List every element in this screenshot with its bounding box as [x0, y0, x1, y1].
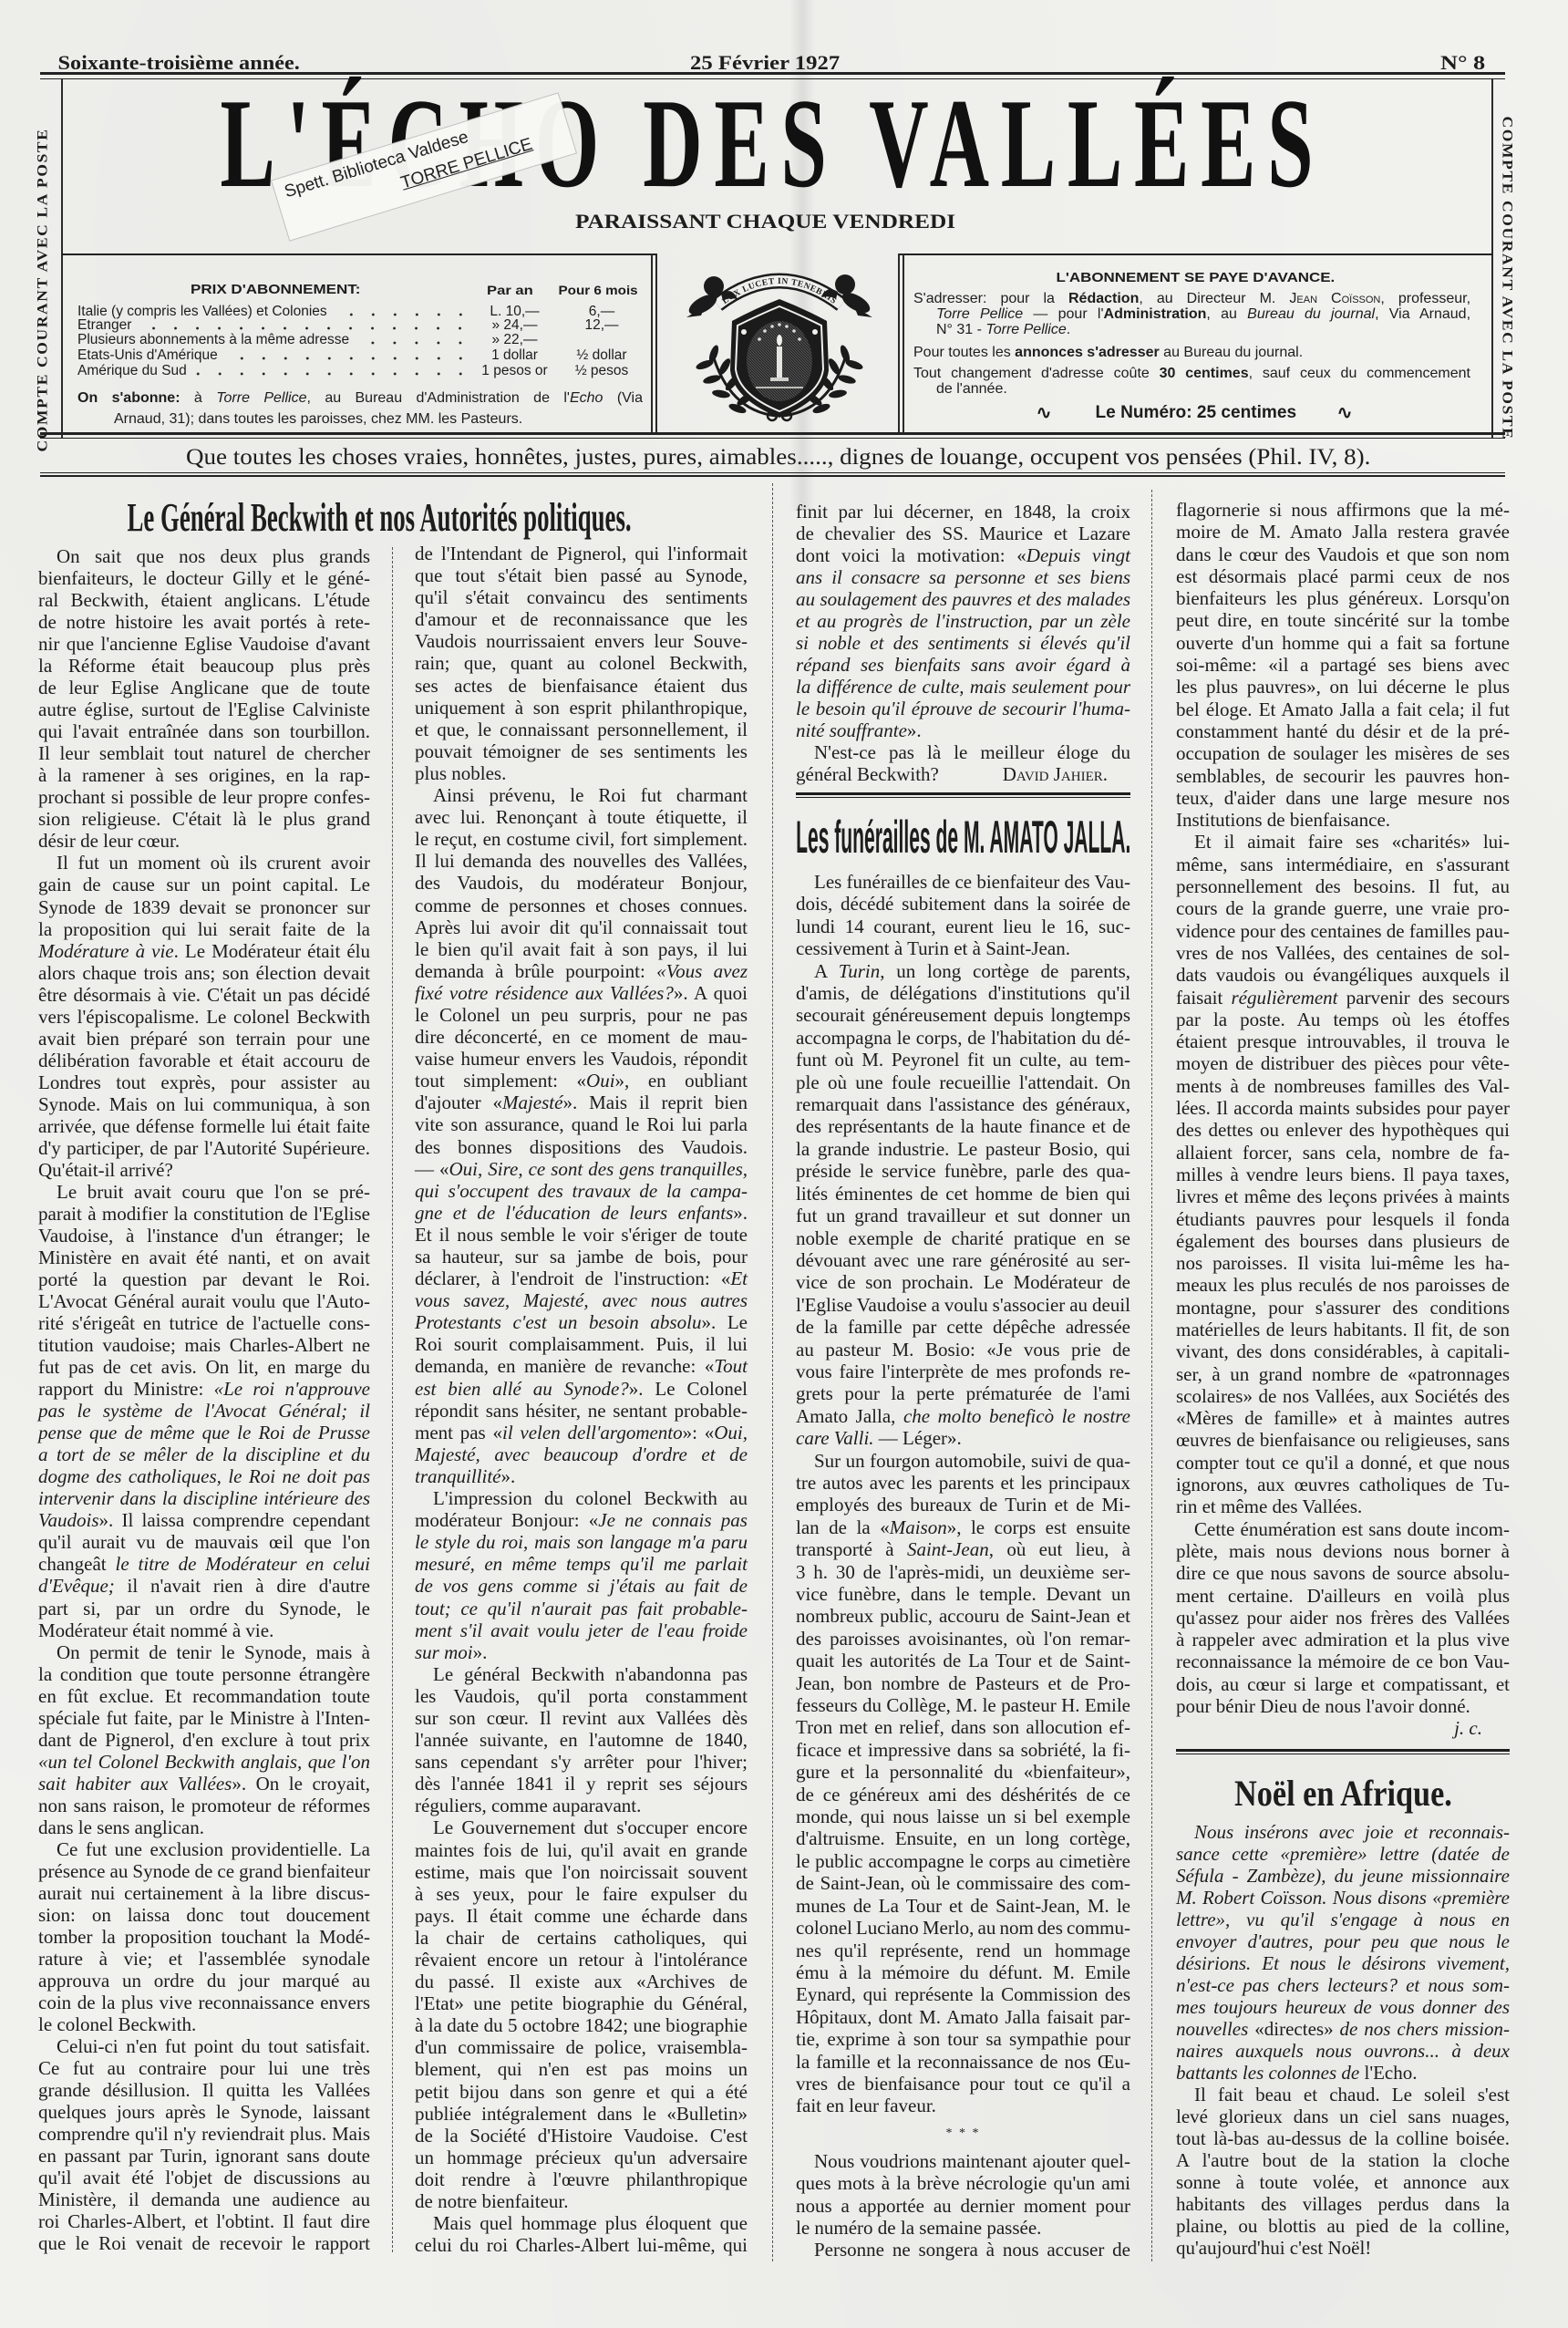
text-run: demanda, en manière de revanche: «: [415, 1355, 714, 1377]
text-line: en fût exclue. Et recommandation toute: [38, 1685, 370, 1707]
text-run: , sauf ceux du commencement: [1249, 366, 1470, 381]
text-run: rapport du Ministre:: [38, 1378, 214, 1400]
dot-leader: [225, 347, 471, 364]
text-line: allaient forcer, sans cela, nombre de fa…: [1176, 1142, 1510, 1164]
text-line: Jean, bon nombre de Pasteurs et de Pro-: [796, 1672, 1130, 1694]
text-line: rêvaient encore un retour à l'intoléranc…: [415, 1949, 748, 1971]
text-line: autre église, surtout de l'Eglise Calvin…: [38, 698, 370, 720]
text-line: désir de leur cœur.: [38, 830, 370, 852]
text-run: Pour toutes les: [913, 345, 1015, 360]
text-line: envoyer d'autres, pour peu que nous le: [1176, 1930, 1510, 1952]
text-line: S'adresser: pour la Rédaction, au Direct…: [913, 291, 1470, 306]
text-run: »: «: [683, 1422, 715, 1443]
column-header-year: Par an: [487, 281, 533, 299]
text-line: qu'il aurait vu de mauvais œil que l'on: [38, 1531, 370, 1553]
text-line: vous faire l'interprète de mes profonds …: [796, 1361, 1130, 1382]
text-line: intervenir dans la discipline intérieure…: [38, 1487, 370, 1509]
text-line: la famille et la reconnaissance de nos Œ…: [796, 2051, 1130, 2073]
text-line: de notre histoire les avait portés à ret…: [38, 611, 370, 633]
issue-date: 25 Février 1927: [690, 52, 840, 74]
year-label: Soixante-troisième année.: [58, 52, 300, 74]
text-line: Il fut un moment où ils crurent avoir: [38, 852, 370, 874]
text-run: il velen dell'argomento: [502, 1422, 683, 1443]
text-line: gure et la personnalité du «bienfaiteur»…: [796, 1761, 1130, 1783]
text-run: ».: [501, 1465, 516, 1487]
text-line: ple où une foule recueillie l'attendait.…: [796, 1071, 1130, 1093]
text-line: l'Etat» une petite biographie du Général…: [415, 1992, 748, 2014]
text-run: , professeur,: [1380, 291, 1470, 306]
text-line: sans cependant s'y arrêter pour l'hiver;: [415, 1751, 748, 1773]
text-line: celui du roi Charles-Albert lui-même, qu…: [415, 2234, 748, 2256]
text-line: Le bruit avait couru que l'on se pré-: [38, 1181, 370, 1203]
subscription-instructions: On s'abonne: à Torre Pellice, au Bureau …: [77, 388, 643, 429]
text-line: rature à vie; et l'assemblée synodale: [38, 1948, 370, 1970]
text-run: — «: [415, 1158, 449, 1180]
text-line: accompagna le corps, de l'habitation du …: [796, 1027, 1130, 1049]
text-line: présence au Synode de ce grand bienfaite…: [38, 1860, 370, 1882]
text-run: , où eut lieu, à: [989, 1538, 1130, 1560]
text-line: changeât le titre de Modérateur en celui: [38, 1553, 370, 1575]
text-line: colonel Luciano Merlo, au nom des commu-: [796, 1917, 1130, 1939]
text-line: Majesté, avec beaucoup d'ordre et de: [415, 1443, 748, 1465]
text-run: Torre Pellice: [216, 390, 306, 406]
text-line: Ce fut une exclusion providentielle. La: [38, 1838, 370, 1860]
text-run: vous savez, Majesté, avec nous autres: [415, 1289, 748, 1311]
text-line: par la poste. Au temps où les étoffes: [1176, 1009, 1510, 1030]
text-line: dans le cœur des Vaudois et que son nom: [1176, 543, 1510, 565]
text-line: — «Oui, Sire, ce sont des gens tranquill…: [415, 1158, 748, 1180]
text-line: nous a apportée au dernier moment pour: [796, 2195, 1130, 2217]
text-line: personnellement des besoins. Il fut, au: [1176, 875, 1510, 897]
text-run: le style du roi, mais son langage m'a pa…: [415, 1531, 748, 1553]
paragraph: Nous insérons avec joie et reconnais-san…: [1176, 1821, 1510, 2084]
text-line: roi Charles-Albert, et l'obtint. Il faut…: [38, 2210, 370, 2232]
text-run: ans il consacre sa personne et ses biens: [796, 566, 1130, 588]
dot-leader: [356, 332, 471, 348]
text-line: constamment hanté du désir et de la pré-: [1176, 720, 1510, 742]
text-line: qu'aujourd'hui c'est Noël!: [1176, 2237, 1510, 2259]
text-line: au soulagement des pauvres et des malade…: [796, 588, 1130, 610]
notice-box-border: [898, 253, 900, 434]
text-run: nouvelles: [1176, 2018, 1254, 2040]
text-line: «Mères de famille» et à maintes autres: [1176, 1407, 1510, 1429]
text-line: ral Beckwith, étaient anglicans. L'étude: [38, 589, 370, 611]
text-run: .: [1067, 322, 1070, 337]
year-label-text: Soixante-troisième année.: [58, 52, 300, 74]
text-line: teux, d'aider dans une large mesure nos: [1176, 787, 1510, 809]
text-line: sur son cœur. Il revint aux Vallées dès: [415, 1707, 748, 1729]
text-line: Il leur semblait tout naturel de cherche…: [38, 742, 370, 764]
text-run: Rédaction: [1068, 291, 1139, 306]
text-line: même, sans intermédiaire, en s'assurant: [1176, 854, 1510, 875]
text-line: aurait nui certainement à la libre discu…: [38, 1882, 370, 1904]
text-line: de ce généreux ami des déshérités de ce: [796, 1784, 1130, 1805]
text-line: plaine, ou blottis au pied de la colline…: [1176, 2215, 1510, 2237]
text-run: fixé votre résidence aux Vallées?: [415, 982, 674, 1004]
paragraph: de l'Intendant de Pignerol, qui l'inform…: [415, 543, 748, 784]
text-line: Tron met en relief, dans son allocution …: [796, 1716, 1130, 1738]
epigraph-rule: [40, 472, 1505, 473]
paragraph: On permit de tenir le Synode, mais àla c…: [38, 1641, 370, 1838]
text-line: comme de personnes et choses connues.: [415, 895, 748, 916]
text-line: Et il nous semble le voir s'ériger de to…: [415, 1224, 748, 1246]
epigraph-rule: [40, 475, 1505, 477]
text-line: n'est-ce pas chers lecteurs? et nous som…: [1176, 1974, 1510, 1996]
text-line: cessivement à Turin et à Saint-Jean.: [796, 937, 1130, 959]
text-line: a tort de se mêler de la discipline et d…: [38, 1443, 370, 1465]
text-line: noble exemple de charité pratique en se: [796, 1227, 1130, 1249]
text-run: Je ne connais pas: [598, 1509, 748, 1531]
text-line: délibération favorable et était accouru …: [38, 1050, 370, 1071]
text-run: dogme des catholiques, le Roi ne doit pa…: [38, 1465, 370, 1487]
text-line: Nous voudrions maintenant ajouter quel-: [796, 2150, 1130, 2172]
text-run: 30 centimes: [1160, 366, 1249, 381]
text-line: bienfaiteurs les plus généreux. Lorsqu'o…: [1176, 587, 1510, 609]
text-line: la proposition qui lui serait faite de l…: [38, 918, 370, 940]
text-line: et au progrès de l'instruction, par un z…: [796, 610, 1130, 632]
text-line: livres et même des leçons privées à main…: [1176, 1185, 1510, 1207]
text-line: flagornerie si nous affirmons que la mé-: [1176, 499, 1510, 521]
text-line: à la ramener à ses origines, en la rap-: [38, 764, 370, 786]
text-line: réguliers, comme auparavant.: [415, 1795, 748, 1816]
text-line: la chair de certains catholiques, qui: [415, 1927, 748, 1949]
text-line: fait en leur faveur.: [796, 2095, 1130, 2116]
epigraph: Que toutes les choses vraies, honnêtes, …: [186, 446, 1370, 470]
text-run: pas le système de l'Avocat Général; il: [38, 1400, 370, 1422]
text-line: A Turin, un long cortège de parents,: [796, 960, 1130, 982]
text-line: dois, décédé subitement dans la soirée d…: [796, 893, 1130, 915]
text-line: tout simplement: «Oui», en oubliant: [415, 1070, 748, 1092]
text-run: . Le Modérateur était élu: [174, 940, 370, 962]
text-run: ». Mais il reprit bien: [562, 1092, 748, 1113]
text-line: en passant par Turin, ignorant sans dout…: [38, 2145, 370, 2167]
text-line: Cette énumération est sans doute incom-: [1176, 1518, 1510, 1540]
paragraph: Cette énumération est sans doute incom-p…: [1176, 1518, 1510, 1718]
text-run: a tort de se mêler de la discipline et d…: [38, 1443, 370, 1465]
column-header-six-months-text: Pour 6 mois: [559, 281, 638, 299]
text-line: être désormais à vie. C'était un pas déc…: [38, 984, 370, 1006]
text-line: Sur un fourgon automobile, suivi de qua-: [796, 1450, 1130, 1472]
column-header-six-months: Pour 6 mois: [559, 281, 638, 299]
text-line: à la date du 5 octobre 1842; une biograp…: [415, 2014, 748, 2036]
section-divider: [1176, 1749, 1510, 1754]
text-line: vite son assurance, quand le Roi lui par…: [415, 1113, 748, 1135]
text-line: doit rendre à l'œuvre philanthropique: [415, 2168, 748, 2190]
text-run: Turin: [839, 960, 881, 982]
text-line: Protestants c'est un besoin absolu». Le: [415, 1311, 748, 1333]
section-break-asterisks: * * *: [796, 2117, 1130, 2150]
text-run: d'ajouter «: [415, 1092, 502, 1113]
column-4: flagornerie si nous affirmons que la mé-…: [1176, 499, 1510, 2259]
text-line: blement, qui n'en est pas moins un: [415, 2058, 748, 2080]
paragraph: Nous voudrions maintenant ajouter quel-q…: [796, 2150, 1130, 2240]
text-run: Bureau du journal: [1247, 306, 1375, 322]
text-line: nombreux public, accouru de Saint-Jean e…: [796, 1605, 1130, 1627]
text-line: Vaudoise, à l'instance d'un étranger; le: [38, 1225, 370, 1247]
text-run: faisait: [1176, 987, 1232, 1009]
text-run: annonces s'adresser: [1015, 345, 1160, 360]
text-run: sur moi: [415, 1641, 473, 1663]
paragraph: Pour toutes les annonces s'adresser au B…: [913, 345, 1470, 360]
column-2: de l'Intendant de Pignerol, qui l'inform…: [415, 543, 748, 2256]
paragraph: Ce fut une exclusion providentielle. Lap…: [38, 1838, 370, 2035]
text-line: L'impression du colonel Beckwith au: [415, 1487, 748, 1509]
text-line: Tout changement d'adresse coûte 30 centi…: [913, 366, 1470, 381]
text-line: Personne ne songera à nous accuser de: [796, 2239, 1130, 2261]
text-line: lettre», vu qu'il s'engage à nous en: [1176, 1909, 1510, 1930]
text-line: tout là-bas au-dessus de la colline bois…: [1176, 2127, 1510, 2149]
paragraph: S'adresser: pour la Rédaction, au Direct…: [913, 291, 1470, 337]
text-line: sonne à toute volée, et annonce aux: [1176, 2171, 1510, 2193]
dot-leader: [194, 363, 471, 379]
text-line: battants les colonnes de l'Echo.: [1176, 2062, 1510, 2084]
text-run: Et: [730, 1267, 748, 1289]
paragraph: L'impression du colonel Beckwith aumodér…: [415, 1487, 748, 1663]
text-line: ser, à un grand nombre de «patronnages: [1176, 1363, 1510, 1385]
text-line: un hommage précieux qu'un adversaire: [415, 2147, 748, 2168]
text-line: Synode. Mais on lui communiqua, à son: [38, 1093, 370, 1115]
header-rule: [40, 432, 1505, 435]
text-line: faisait régulièrement parvenir des secou…: [1176, 987, 1510, 1009]
text-line: secourait généreusement depuis longtemps: [796, 1004, 1130, 1026]
text-run: général Beckwith?: [796, 763, 939, 785]
price-per-year: 1 pesos or: [476, 363, 553, 379]
text-run: nité souffrante: [796, 719, 907, 741]
text-line: de l'année.: [913, 381, 1470, 397]
text-line: tomber la proposition touchant la Modé-: [38, 1926, 370, 1948]
text-line: fesseurs du Collège, M. le pasteur H. Em…: [796, 1694, 1130, 1716]
price-row: Amérique du Sud 1 pesos or ½ pesos: [77, 363, 652, 379]
text-line: estime, mais que l'on noircissait souven…: [415, 1861, 748, 1883]
text-run: Majesté, avec beaucoup d'ordre et de: [415, 1443, 748, 1465]
text-line: habitants des villages perdus dans la: [1176, 2193, 1510, 2215]
text-run: Modérature à vie: [38, 940, 174, 962]
text-line: coin de la plus vive reconnaissance enve…: [38, 1992, 370, 2013]
text-line: On s'abonne: à Torre Pellice, au Bureau …: [77, 388, 643, 409]
text-line: gain de cause sur un point capital. Le: [38, 874, 370, 895]
text-line: œuvres de bienfaisance ou religieuses, s…: [1176, 1429, 1510, 1451]
text-line: vice funèbre, dans le temple. Devant un: [796, 1583, 1130, 1605]
side-text-left-label: COMPTE COURANT AVEC LA POSTE: [34, 128, 54, 451]
text-line: nité souffrante».: [796, 719, 1130, 741]
text-line: Modérateur était nommé à vie.: [38, 1619, 370, 1641]
wave-ornament-icon: ∿: [1033, 403, 1055, 423]
text-line: peut dire, en toute sincérité sur la tom…: [1176, 609, 1510, 631]
issue-date-text: 25 Février 1927: [690, 52, 840, 74]
text-line: comprendre qu'il n'y reviendrait plus. M…: [38, 2123, 370, 2145]
text-line: ment pas «il velen dell'argomento»: «Oui…: [415, 1422, 748, 1443]
text-run: ».: [907, 719, 922, 741]
header-box-border: [61, 79, 63, 438]
text-line: de Saint-Jean, où le commissaire des com…: [796, 1872, 1130, 1894]
price-per-year: » 22,—: [476, 332, 553, 348]
text-line: des bonnes dispositions des Vaudois.: [415, 1136, 748, 1158]
text-line: ment certaine. D'ailleurs en voilà plus: [1176, 1585, 1510, 1607]
text-line: lités éminentes de cet homme de bien qui: [796, 1183, 1130, 1205]
text-line: dans le sens anglican.: [38, 1816, 370, 1838]
text-line: des paroisses avoisinantes, où l'on rema…: [796, 1628, 1130, 1650]
text-line: mesuré, en même temps qu'il me parlait: [415, 1553, 748, 1575]
text-line: de l'Intendant de Pignerol, qui l'inform…: [415, 543, 748, 564]
text-line: Ministère, il demanda une audience au: [38, 2188, 370, 2210]
text-line: Les funérailles de ce bienfaiteur des Va…: [796, 871, 1130, 893]
notice-box-border: [898, 253, 1493, 255]
text-line: tre autos avec les parents et les princi…: [796, 1472, 1130, 1494]
text-line: est désormais placé parmi ceux de nos: [1176, 565, 1510, 587]
text-run: de nos chers mission-: [1334, 2018, 1510, 2040]
text-run: Tout: [714, 1355, 748, 1377]
text-line: compter tout ce qu'il a donné, et que no…: [1176, 1452, 1510, 1474]
paragraph: Il fait beau et chaud. Le soleil s'estle…: [1176, 2084, 1510, 2259]
single-issue-price: Le Numéro: 25 centimes: [1095, 403, 1296, 423]
region-label: Plusieurs abonnements à la même adresse: [77, 332, 349, 348]
text-line: du passé. Il existe aux «Archives de: [415, 1971, 748, 1992]
text-line: qu'il avait été l'objet de discussions a…: [38, 2167, 370, 2188]
text-run: au soulagement des pauvres et des malade…: [796, 588, 1130, 610]
text-line: grande désillusion. Il quitta les Vallée…: [38, 2079, 370, 2101]
article-headline: Noël en Afrique.: [1176, 1774, 1510, 1814]
text-line: ments à de nombreuses familles des Val-: [1176, 1075, 1510, 1097]
text-line: lées. Il accorda maints subsides pour pa…: [1176, 1097, 1510, 1119]
text-line: demanda, en manière de revanche: «Tout: [415, 1355, 748, 1377]
text-run: Echo: [570, 390, 603, 406]
text-line: des dettes ou enlever des hypothèques qu…: [1176, 1119, 1510, 1141]
text-line: Séfula - Zambèze), du jeune missionnaire: [1176, 1865, 1510, 1887]
text-line: de la Société d'Histoire Vaudoise. C'est: [415, 2125, 748, 2147]
text-run: transporté à: [796, 1538, 907, 1560]
text-line: au pasteur M. Bosio: «Je vous prie de: [796, 1339, 1130, 1361]
text-run: qui s'occupent des travaux de la campa-: [415, 1180, 748, 1202]
text-run: Protestants c'est un besoin absolu: [415, 1311, 701, 1333]
text-line: Synode de 1839 devait se prononcer sur: [38, 896, 370, 918]
text-line: grets pour la perte prématurée de l'ami: [796, 1382, 1130, 1404]
text-line: Mais quel hommage plus éloquent que: [415, 2212, 748, 2234]
text-line: d'un commissaire de police, vraisembla-: [415, 2036, 748, 2058]
text-line: la condition que toute personne étrangèr…: [38, 1663, 370, 1685]
text-line: bienfaiteurs, le docteur Gilly et le gén…: [38, 567, 370, 589]
text-line: dogme des catholiques, le Roi ne doit pa…: [38, 1465, 370, 1487]
text-line: le reçut, en costume civil, fort simplem…: [415, 828, 748, 850]
text-line: Ministère en avait été nanti, et on avai…: [38, 1247, 370, 1268]
text-run: ».: [733, 1202, 748, 1224]
text-line: vous savez, Majesté, avec nous autres: [415, 1289, 748, 1311]
text-line: vice de son prochain. Le Modérateur de: [796, 1271, 1130, 1293]
text-line: dire déconcerté, en ce moment de mau-: [415, 1026, 748, 1048]
article-headline-text: Les funérailles de M. AMATO JALLA.: [796, 817, 1130, 857]
region-label: Amérique du Sud: [77, 363, 187, 379]
text-line: le bien qu'il avait fait à son pays, il …: [415, 938, 748, 960]
text-line: fut un grand travailleur et sut donner u…: [796, 1205, 1130, 1226]
text-run: changeât: [38, 1553, 116, 1575]
text-line: Ce fut au contraire pour lui une très: [38, 2057, 370, 2079]
paragraph: Le général Beckwith n'abandonna pasles V…: [415, 1663, 748, 1817]
text-line: dont voici la motivation: «Depuis vingt: [796, 544, 1130, 566]
text-run: et au progrès de l'instruction, par un z…: [796, 610, 1130, 632]
text-run: che molto beneficò le nostre: [903, 1405, 1130, 1427]
text-line: qui s'occupent des travaux de la campa-: [415, 1180, 748, 1202]
text-run: Administration: [1104, 306, 1207, 322]
text-line: alors chaque trois ans; son élection dev…: [38, 962, 370, 984]
side-text-right-label: COMPTE COURANT AVEC LA POSTE: [1497, 116, 1517, 440]
text-line: care Valli. — Léger».: [796, 1427, 1130, 1449]
text-line: désirions. Et nous le désirons vivement,: [1176, 1952, 1510, 1974]
subscription-box-border: [61, 253, 656, 255]
text-line: quelques jours après le Synode, laissant: [38, 2101, 370, 2123]
text-line: tie, exprime à son tour sa sympathie pou…: [796, 2028, 1130, 2050]
text-line: petit bijou dans son genre et qui a été: [415, 2081, 748, 2103]
text-run: On s'abonne:: [77, 390, 181, 406]
price-row: Etats-Unis d'Amérique 1 dollar ½ dollar: [77, 347, 652, 364]
text-run: intervenir dans la discipline intérieure…: [38, 1487, 370, 1509]
author-signature: j. c.: [1176, 1717, 1510, 1739]
text-run: Maison: [890, 1516, 947, 1538]
text-run: Torre Pellice: [985, 322, 1066, 337]
text-line: ans il consacre sa personne et ses biens: [796, 566, 1130, 588]
text-line: reconnaissance la mémoire de ce bon Vau-: [1176, 1650, 1510, 1672]
text-line: tranquillité».: [415, 1465, 748, 1487]
text-line: d'amis, de délégations d'institutions qu…: [796, 982, 1130, 1004]
text-run: la différence de culte, mais seulement p…: [796, 676, 1130, 698]
text-run: , au Bureau d'Administration de l': [306, 390, 570, 406]
text-line: gne et de l'éducation de leurs enfants».: [415, 1202, 748, 1224]
text-line: sait habiter aux Vallées». On le croyait…: [38, 1773, 370, 1795]
text-line: Ainsi prévenu, le Roi fut charmant: [415, 784, 748, 806]
text-line: vers l'épiscopalisme. Le colonel Beckwit…: [38, 1006, 370, 1028]
text-run: ».: [473, 1641, 488, 1663]
text-line: dévouant avec une rare générosité au ser…: [796, 1249, 1130, 1271]
text-line: pour bénir Dieu de nous l'avoir donné.: [1176, 1695, 1510, 1717]
text-run: (Via: [603, 390, 643, 406]
text-line: de leur Eglise Anglicane que de toute: [38, 677, 370, 698]
price-row-label: Etats-Unis d'Amérique: [77, 347, 471, 364]
text-run: tout; ce qu'il n'aurait pas fait probabl…: [415, 1598, 748, 1619]
subscription-box-border: [655, 253, 657, 434]
paragraph: Ainsi prévenu, le Roi fut charmantavec l…: [415, 784, 748, 1487]
text-line: porté la question par devant le Roi.: [38, 1268, 370, 1290]
text-run: pense que de même que le Roi de Prusse: [38, 1422, 370, 1443]
text-line: que le Roi venait de recevoir le rapport: [38, 2232, 370, 2254]
text-line: pas le système de l'Avocat Général; il: [38, 1400, 370, 1422]
text-run: lan de la «: [796, 1516, 890, 1538]
side-text-left: COMPTE COURANT AVEC LA POSTE: [34, 129, 54, 452]
text-line: à rappeler avec admiration et la plus vi…: [1176, 1629, 1510, 1650]
text-line: le numéro de la semaine passée.: [796, 2217, 1130, 2239]
text-line: scolaires» de nos Vallées, aux Sociétés …: [1176, 1385, 1510, 1407]
text-line: dire ce que nous savons de source absolu…: [1176, 1562, 1510, 1584]
text-line: le public accompagne le corps au cimetiè…: [796, 1850, 1130, 1872]
text-line: plète, mais nous devions nous borner à: [1176, 1540, 1510, 1562]
author-signature: David Jahier.: [1003, 763, 1108, 785]
column-1: On sait que nos deux plus grandsbienfait…: [38, 545, 370, 2254]
text-line: «un tel Colonel Beckwith anglais, que l'…: [38, 1751, 370, 1773]
text-line: transporté à Saint-Jean, où eut lieu, à: [796, 1538, 1130, 1560]
paragraph: Le bruit avait couru que l'on se pré-par…: [38, 1181, 370, 1641]
text-line: dats vaudois ou évangéliques auxquels il: [1176, 964, 1510, 986]
text-run: Amato Jalla,: [796, 1405, 903, 1427]
text-line: sion religieuse. C'était là le plus gran…: [38, 808, 370, 830]
text-line: remarquait dans l'assistance des générau…: [796, 1093, 1130, 1115]
text-line: montagne, pour s'assurer des conditions: [1176, 1297, 1510, 1319]
text-line: si noble et des sentiments si élevés qu'…: [796, 632, 1130, 654]
text-run: tranquillité: [415, 1465, 501, 1487]
text-line: mes toujours heureux de vous donner des: [1176, 1996, 1510, 2018]
text-line: nes qu'il représente, rend un hommage: [796, 1940, 1130, 1961]
text-run: », le corps est ensuite: [947, 1516, 1130, 1538]
publication-frequency: PARAISSANT CHAQUE VENDREDI: [575, 211, 955, 233]
text-line: avait bien préparé son terrain pour une: [38, 1028, 370, 1050]
text-line: et que, le connaissant personnellement, …: [415, 719, 748, 740]
text-line: Amato Jalla, che molto beneficò le nostr…: [796, 1405, 1130, 1427]
